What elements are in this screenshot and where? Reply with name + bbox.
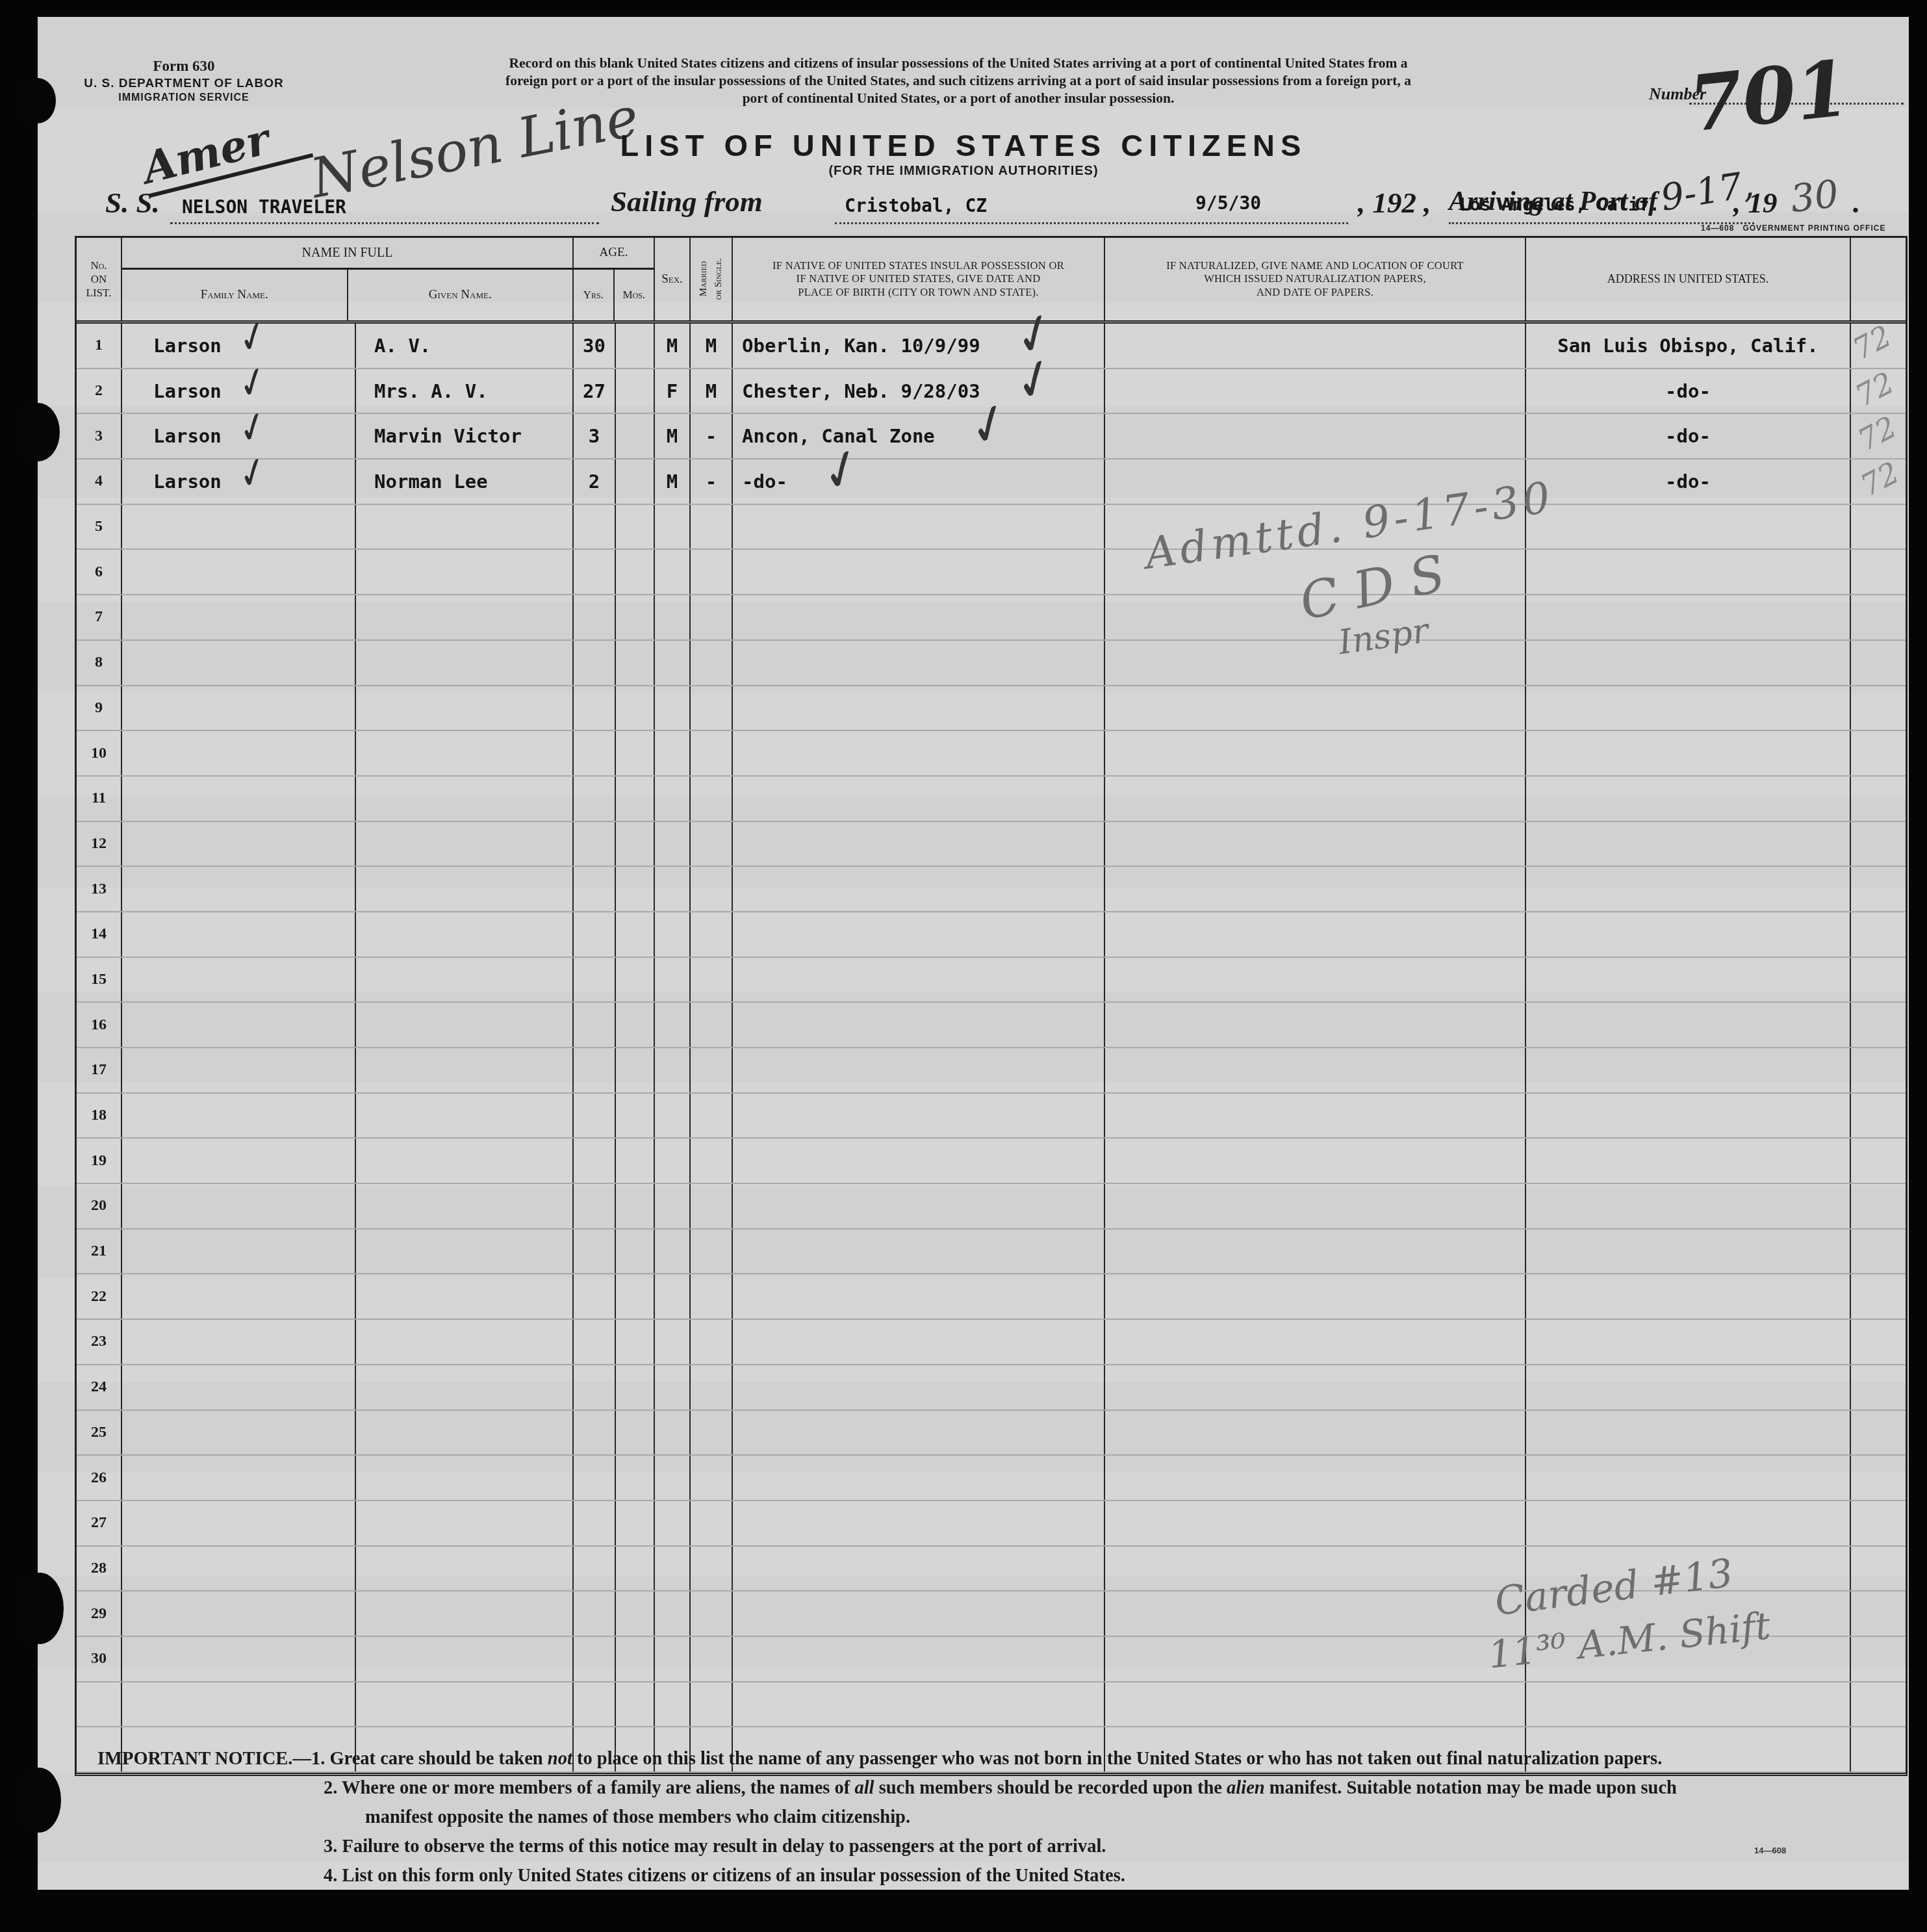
service-name: IMMIGRATION SERVICE <box>77 92 291 105</box>
cell-margin <box>1851 1274 1903 1319</box>
cell-no: 29 <box>77 1591 122 1636</box>
table-row: 17 <box>77 1048 1906 1094</box>
cell-address <box>1526 1230 1851 1274</box>
age-yrs-value: 3 <box>589 425 600 447</box>
table-header: No. ON LIST. NAME IN FULL Family Name. G… <box>77 238 1906 324</box>
cell-birth: Chester, Neb. 9/28/03✓ <box>733 369 1105 413</box>
sailing-from-label: Sailing from <box>611 185 763 218</box>
birth-value: Chester, Neb. 9/28/03 <box>742 380 980 402</box>
arrival-year-stub: , 19 <box>1733 186 1778 220</box>
cell-age-yrs <box>574 595 616 639</box>
cell-sex <box>655 1591 691 1636</box>
cell-margin <box>1851 958 1903 1002</box>
cell-birth <box>733 1274 1105 1319</box>
cell-given-name <box>356 1365 574 1410</box>
cell-age-mos <box>616 414 655 458</box>
cell-birth <box>733 1094 1105 1138</box>
notice-text: List on this form only United States cit… <box>342 1866 1125 1886</box>
col-header-name-in-full: NAME IN FULL Family Name. Given Name. <box>122 238 574 320</box>
cell-family-name <box>122 1501 356 1545</box>
cell-family-name <box>122 1230 356 1274</box>
cell-age-yrs <box>574 550 616 594</box>
cell-age-mos <box>616 867 655 911</box>
age-yrs-value: 27 <box>583 380 606 402</box>
cell-naturalized <box>1105 1274 1526 1319</box>
cell-no: 8 <box>77 641 122 685</box>
cell-given-name <box>356 550 574 594</box>
cell-given-name <box>356 1591 574 1636</box>
cell-married-single <box>691 1591 733 1636</box>
cell-age-mos <box>616 1501 655 1545</box>
cell-age-yrs <box>574 822 616 866</box>
birth-value: -do- <box>742 470 787 493</box>
cell-family-name <box>122 1547 356 1591</box>
cell-given-name <box>356 641 574 685</box>
cell-sex <box>655 1274 691 1319</box>
cell-married-single <box>691 1139 733 1183</box>
table-row: 5 <box>77 505 1906 550</box>
cell-age-mos <box>616 1456 655 1500</box>
table-row: 13 <box>77 867 1906 912</box>
cell-sex <box>655 505 691 549</box>
cell-naturalized <box>1105 1547 1526 1591</box>
cell-address: -do- <box>1526 459 1851 504</box>
cell-birth <box>733 1184 1105 1228</box>
cell-no: 7 <box>77 595 122 639</box>
cell-married-single <box>691 641 733 685</box>
sailing-port-line <box>835 222 1348 224</box>
sex-value: F <box>667 380 678 402</box>
binder-hole <box>16 1573 64 1644</box>
cell-age-yrs <box>574 1048 616 1092</box>
cell-sex: F <box>655 369 691 413</box>
table-row: 21 <box>77 1230 1906 1275</box>
cell-given-name <box>356 505 574 549</box>
cell-age-mos <box>616 1184 655 1228</box>
cell-no: 23 <box>77 1320 122 1364</box>
cell-sex <box>655 912 691 957</box>
cell-age-yrs: 27 <box>574 369 616 413</box>
cell-age-yrs: 30 <box>574 324 616 368</box>
cell-birth: -do-✓ <box>733 459 1105 504</box>
table-row: 6 <box>77 550 1906 595</box>
table-row: 18 <box>77 1094 1906 1139</box>
cell-address <box>1526 912 1851 957</box>
cell-married-single <box>691 686 733 730</box>
col-header-address: ADDRESS IN UNITED STATES. <box>1526 238 1851 320</box>
gpo-office: GOVERNMENT PRINTING OFFICE <box>1742 224 1885 233</box>
cell-family-name <box>122 1682 356 1727</box>
cell-given-name <box>356 1094 574 1138</box>
col-header-naturalized: IF NATURALIZED, GIVE NAME AND LOCATION O… <box>1105 238 1526 320</box>
cell-sex <box>655 1547 691 1591</box>
cell-age-mos <box>616 686 655 730</box>
name-in-full-label: NAME IN FULL <box>122 238 572 270</box>
cell-address <box>1526 822 1851 866</box>
cell-age-mos <box>616 1094 655 1138</box>
cell-no: 6 <box>77 550 122 594</box>
cell-family-name <box>122 505 356 549</box>
cell-no: 14 <box>77 912 122 957</box>
cell-no: 16 <box>77 1003 122 1047</box>
cell-sex <box>655 958 691 1002</box>
cell-family-name <box>122 731 356 775</box>
cell-family-name <box>122 595 356 639</box>
cell-naturalized <box>1105 1048 1526 1092</box>
table-row: 7 <box>77 595 1906 641</box>
cell-age-mos <box>616 369 655 413</box>
table-row: 27 <box>77 1501 1906 1547</box>
cell-sex <box>655 1320 691 1364</box>
yrs-label: Yrs. <box>574 270 615 320</box>
binder-hole <box>17 403 60 461</box>
cell-age-mos <box>616 1682 655 1727</box>
cell-margin <box>1851 595 1903 639</box>
cell-naturalized <box>1105 1411 1526 1455</box>
cell-margin <box>1851 1139 1903 1183</box>
notice-item-number: 2. <box>324 1778 337 1798</box>
given-name-value: Marvin Victor <box>374 425 522 447</box>
address-value: -do- <box>1665 380 1711 402</box>
cell-sex: M <box>655 324 691 368</box>
table-row: 1 Larson✓ A. V. 30 M M Oberlin, Kan. 10/… <box>77 324 1906 369</box>
table-row: 22 <box>77 1274 1906 1320</box>
cell-address <box>1526 1411 1851 1455</box>
cell-sex <box>655 1003 691 1047</box>
cell-address <box>1526 1094 1851 1138</box>
cell-address <box>1526 595 1851 639</box>
cell-birth <box>733 1682 1105 1727</box>
ss-label: S. S. <box>105 186 160 220</box>
cell-age-yrs <box>574 1094 616 1138</box>
cell-married-single <box>691 595 733 639</box>
cell-birth <box>733 1456 1105 1500</box>
cell-address <box>1526 1682 1851 1727</box>
cell-family-name <box>122 958 356 1002</box>
cell-naturalized <box>1105 641 1526 685</box>
cell-naturalized <box>1105 1591 1526 1636</box>
cell-naturalized <box>1105 867 1526 911</box>
cell-family-name <box>122 641 356 685</box>
cell-given-name <box>356 777 574 821</box>
cell-birth <box>733 505 1105 549</box>
cell-no: 28 <box>77 1547 122 1591</box>
cell-age-yrs <box>574 1139 616 1183</box>
cell-no: 25 <box>77 1411 122 1455</box>
cell-margin <box>1851 1501 1903 1545</box>
ship-name: NELSON TRAVELER <box>182 196 346 218</box>
cell-married-single <box>691 1003 733 1047</box>
cell-no <box>77 1682 122 1727</box>
page-subtitle: (FOR THE IMMIGRATION AUTHORITIES) <box>0 164 1927 179</box>
cell-birth <box>733 777 1105 821</box>
cell-birth <box>733 822 1105 866</box>
cell-margin <box>1851 1184 1903 1228</box>
col-header-no: No. ON LIST. <box>77 238 122 320</box>
cell-given-name <box>356 1274 574 1319</box>
cell-married-single <box>691 1547 733 1591</box>
cell-no: 21 <box>77 1230 122 1274</box>
cell-no: 20 <box>77 1184 122 1228</box>
cell-family-name <box>122 1365 356 1410</box>
sailing-port: Cristobal, CZ <box>845 195 987 216</box>
cell-margin <box>1851 1048 1903 1092</box>
cell-address <box>1526 867 1851 911</box>
table-row: 9 <box>77 686 1906 732</box>
cell-given-name <box>356 731 574 775</box>
notice-line-5: 4. List on this form only United States … <box>324 1861 1891 1890</box>
sex-value: M <box>667 425 678 447</box>
cell-age-yrs <box>574 1274 616 1319</box>
cell-naturalized <box>1105 686 1526 730</box>
cell-sex <box>655 1094 691 1138</box>
cell-naturalized <box>1105 1682 1526 1727</box>
given-name-value: Mrs. A. V. <box>374 380 488 402</box>
cell-birth <box>733 1320 1105 1364</box>
cell-age-yrs <box>574 1637 616 1681</box>
cell-address <box>1526 958 1851 1002</box>
notice-item-number: 3. <box>324 1836 337 1857</box>
cell-no: 22 <box>77 1274 122 1319</box>
cell-sex <box>655 867 691 911</box>
cell-birth: Ancon, Canal Zone✓ <box>733 414 1105 458</box>
table-row: 16 <box>77 1003 1906 1048</box>
table-row: 11 <box>77 777 1906 822</box>
cell-sex <box>655 1501 691 1545</box>
cell-age-mos <box>616 505 655 549</box>
cell-naturalized <box>1105 1094 1526 1138</box>
cell-family-name <box>122 1048 356 1092</box>
cell-naturalized <box>1105 822 1526 866</box>
notice-item-number: 4. <box>324 1866 337 1886</box>
cell-margin <box>1851 1230 1903 1274</box>
col-header-married: Married or Single. <box>691 238 733 320</box>
cell-no: 11 <box>77 777 122 821</box>
binder-hole <box>19 78 56 123</box>
col-header-sex: Sex. <box>655 238 691 320</box>
cell-address <box>1526 1003 1851 1047</box>
cell-given-name <box>356 1501 574 1545</box>
table-body: 1 Larson✓ A. V. 30 M M Oberlin, Kan. 10/… <box>77 324 1906 1773</box>
col-header-birth: IF NATIVE OF UNITED STATES INSULAR POSSE… <box>733 238 1105 320</box>
cell-married-single <box>691 1230 733 1274</box>
cell-married-single <box>691 731 733 775</box>
cell-age-mos <box>616 822 655 866</box>
cell-age-yrs <box>574 731 616 775</box>
cell-naturalized <box>1105 958 1526 1002</box>
cell-age-yrs <box>574 958 616 1002</box>
cell-no: 4 <box>77 459 122 504</box>
cell-no: 1 <box>77 324 122 368</box>
cell-family-name <box>122 1591 356 1636</box>
cell-birth <box>733 867 1105 911</box>
cell-address <box>1526 1048 1851 1092</box>
cell-address <box>1526 731 1851 775</box>
cell-given-name <box>356 1637 574 1681</box>
cell-age-mos <box>616 1411 655 1455</box>
cell-margin <box>1851 1094 1903 1138</box>
cell-age-mos <box>616 1591 655 1636</box>
cell-no: 5 <box>77 505 122 549</box>
cell-family-name <box>122 1094 356 1138</box>
table-row: 19 <box>77 1139 1906 1184</box>
cell-age-mos <box>616 958 655 1002</box>
table-row: 10 <box>77 731 1906 777</box>
family-name-label: Family Name. <box>122 270 348 320</box>
cell-sex <box>655 731 691 775</box>
cell-married-single <box>691 1411 733 1455</box>
cell-age-yrs <box>574 1682 616 1727</box>
cell-naturalized <box>1105 1184 1526 1228</box>
cell-birth <box>733 1003 1105 1047</box>
cell-sex <box>655 641 691 685</box>
notice-text: Great care should be taken <box>329 1749 547 1769</box>
cell-margin <box>1851 1637 1903 1681</box>
cell-address <box>1526 777 1851 821</box>
cell-married-single <box>691 1048 733 1092</box>
cell-married-single <box>691 1320 733 1364</box>
cell-margin <box>1851 777 1903 821</box>
cell-given-name <box>356 1048 574 1092</box>
notice-line-2: 2. Where one or more members of a family… <box>324 1773 1891 1803</box>
cell-naturalized <box>1105 1456 1526 1500</box>
cell-age-mos <box>616 459 655 504</box>
cell-sex <box>655 777 691 821</box>
cell-address <box>1526 641 1851 685</box>
cell-no: 12 <box>77 822 122 866</box>
cell-sex <box>655 595 691 639</box>
cell-margin <box>1851 867 1903 911</box>
cell-age-yrs <box>574 641 616 685</box>
cell-married-single <box>691 912 733 957</box>
cell-address <box>1526 505 1851 549</box>
address-value: San Luis Obispo, Calif. <box>1557 335 1819 357</box>
cell-age-mos <box>616 641 655 685</box>
cell-sex: M <box>655 459 691 504</box>
cell-married-single: - <box>691 414 733 458</box>
cell-address <box>1526 1456 1851 1500</box>
table-row: 3 Larson✓ Marvin Victor 3 M - Ancon, Can… <box>77 414 1906 459</box>
cell-margin <box>1851 1547 1903 1591</box>
table-row: 26 <box>77 1456 1906 1501</box>
given-name-label: Given Name. <box>348 270 573 320</box>
cell-age-yrs <box>574 867 616 911</box>
age-label: AGE. <box>574 238 654 270</box>
cell-family-name <box>122 1456 356 1500</box>
cell-family-name <box>122 1637 356 1681</box>
notice-line-3: manifest opposite the names of those mem… <box>365 1803 1891 1832</box>
cell-naturalized <box>1105 1003 1526 1047</box>
cell-no: 13 <box>77 867 122 911</box>
cell-margin <box>1851 1411 1903 1455</box>
cell-married-single <box>691 550 733 594</box>
cell-sex: M <box>655 414 691 458</box>
cell-no: 18 <box>77 1094 122 1138</box>
married-single-value: - <box>706 470 717 493</box>
cell-family-name <box>122 1274 356 1319</box>
cell-family-name <box>122 867 356 911</box>
cell-given-name <box>356 912 574 957</box>
col-header-margin <box>1851 238 1903 320</box>
table-row <box>77 1682 1906 1728</box>
cell-sex <box>655 1637 691 1681</box>
family-name-value: Larson <box>153 425 222 447</box>
cell-naturalized <box>1105 414 1526 458</box>
cell-no: 9 <box>77 686 122 730</box>
married-or-single-label: Married or Single. <box>696 258 726 300</box>
family-name-value: Larson <box>153 335 222 357</box>
given-name-value: Norman Lee <box>374 470 488 493</box>
cell-address <box>1526 1365 1851 1410</box>
cell-age-yrs <box>574 912 616 957</box>
cell-age-yrs <box>574 1411 616 1455</box>
table-row: 14 <box>77 912 1906 958</box>
cell-margin <box>1851 641 1903 685</box>
cell-age-mos <box>616 1365 655 1410</box>
cell-no: 24 <box>77 1365 122 1410</box>
cell-given-name: A. V. <box>356 324 574 368</box>
cell-sex <box>655 1230 691 1274</box>
cell-address: -do- <box>1526 414 1851 458</box>
cell-address <box>1526 1274 1851 1319</box>
cell-naturalized <box>1105 1501 1526 1545</box>
notice-text: to place on this list the name of any pa… <box>572 1749 1662 1769</box>
cell-margin <box>1851 1591 1903 1636</box>
mos-label: Mos. <box>615 270 654 320</box>
notice-emphasis: all <box>854 1778 874 1798</box>
cell-naturalized <box>1105 369 1526 413</box>
cell-family-name <box>122 1411 356 1455</box>
cell-married-single <box>691 822 733 866</box>
sailing-date: 9/5/30 <box>1195 192 1261 214</box>
notice-item-number: 1. <box>311 1749 325 1769</box>
cell-margin <box>1851 912 1903 957</box>
cell-age-mos <box>616 731 655 775</box>
cell-married-single <box>691 777 733 821</box>
cell-married-single <box>691 1456 733 1500</box>
cell-address <box>1526 1184 1851 1228</box>
cell-no: 10 <box>77 731 122 775</box>
ship-name-line <box>170 222 599 224</box>
cell-no: 2 <box>77 369 122 413</box>
notice-text: Failure to observe the terms of this not… <box>342 1836 1106 1857</box>
cell-age-yrs <box>574 505 616 549</box>
cell-birth <box>733 1230 1105 1274</box>
cell-age-mos <box>616 1048 655 1092</box>
cell-age-yrs <box>574 686 616 730</box>
address-value: -do- <box>1665 425 1711 447</box>
notice-text: Where one or more members of a family ar… <box>342 1778 854 1798</box>
cell-margin <box>1851 1456 1903 1500</box>
cell-given-name <box>356 595 574 639</box>
table-row: 25 <box>77 1411 1906 1456</box>
cell-married-single <box>691 1682 733 1727</box>
cell-married-single: M <box>691 369 733 413</box>
cell-given-name: Norman Lee <box>356 459 574 504</box>
cell-age-mos <box>616 777 655 821</box>
table-row: 12 <box>77 822 1906 868</box>
cell-married-single <box>691 1637 733 1681</box>
notice-heading: IMPORTANT NOTICE.— <box>97 1749 311 1769</box>
cell-birth <box>733 731 1105 775</box>
form-number: Form 630 <box>77 57 291 76</box>
family-name-value: Larson <box>153 380 222 402</box>
cell-sex <box>655 686 691 730</box>
cell-sex <box>655 1139 691 1183</box>
cell-age-yrs <box>574 1003 616 1047</box>
notice-text: such members should be recorded upon the <box>874 1778 1227 1798</box>
cell-age-yrs <box>574 777 616 821</box>
